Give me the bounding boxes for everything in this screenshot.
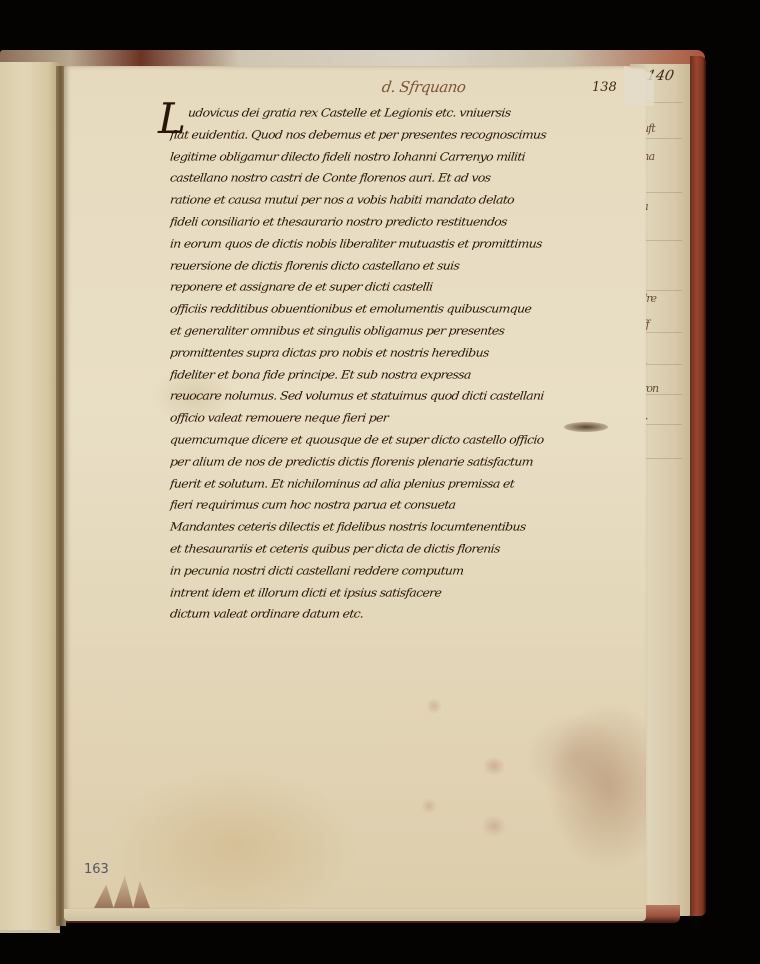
text-line: et thesaurariis et ceteris quibus per di… <box>169 539 651 559</box>
corner-stain <box>94 872 150 908</box>
pencil-page-number: 163 <box>84 862 109 877</box>
text-line: quemcumque dicere et quousque de et supe… <box>169 430 651 450</box>
text-line: Mandantes ceteris dilectis et fidelibus … <box>169 517 651 537</box>
text-line: legitime obligamur dilecto fideli nostro… <box>169 147 651 167</box>
text-line: in pecunia nostri dicti castellani redde… <box>169 561 651 581</box>
text-line: fideliter et bona fide principe. Et sub … <box>169 365 651 385</box>
text-line: in eorum quos de dictis nobis liberalite… <box>169 234 651 254</box>
header-annotation: d. Sfrquano <box>381 78 467 96</box>
text-line: reuocare nolumus. Sed volumus et statuim… <box>169 386 651 406</box>
text-line: reuersione de dictis florenis dicto cast… <box>169 256 651 276</box>
text-line: intrent idem et illorum dicti et ipsius … <box>169 583 651 603</box>
manuscript-text: L udovicus dei gratia rex Castelle et Le… <box>170 102 650 625</box>
text-line: reponere et assignare de et super dicti … <box>169 277 651 297</box>
text-line: officiis redditibus obuentionibus et emo… <box>169 299 651 319</box>
left-page-edge <box>0 62 60 933</box>
page-bottom-edge <box>64 909 646 921</box>
cover-right-edge <box>690 56 706 916</box>
text-line: promittentes supra dictas pro nobis et n… <box>169 343 651 363</box>
text-line: fiat euidentia. Quod nos debemus et per … <box>169 125 651 145</box>
manuscript-photo: nuft Sha + ffa rdre Sff + re nron or fa … <box>0 0 760 964</box>
text-line: udovicus dei gratia rex Castelle et Legi… <box>169 103 651 123</box>
folio-number: 138 <box>592 80 617 95</box>
text-line: ratione et causa mutui per nos a vobis h… <box>169 190 651 210</box>
text-line: castellano nostro castri de Conte floren… <box>169 168 651 188</box>
text-line: fuerit et solutum. Et nichilominus ad al… <box>169 474 651 494</box>
manuscript-page: d. Sfrquano 138 L udovicus dei gratia re… <box>64 66 646 911</box>
text-line: fideli consiliario et thesaurario nostro… <box>169 212 651 232</box>
ink-blot <box>564 422 608 432</box>
text-line: dictum valeat ordinare datum etc. <box>169 604 431 624</box>
text-line: per alium de nos de predictis dictis flo… <box>169 452 651 472</box>
text-line: et generaliter omnibus et singulis oblig… <box>169 321 651 341</box>
text-line: fieri requirimus cum hoc nostra parua et… <box>169 495 651 515</box>
